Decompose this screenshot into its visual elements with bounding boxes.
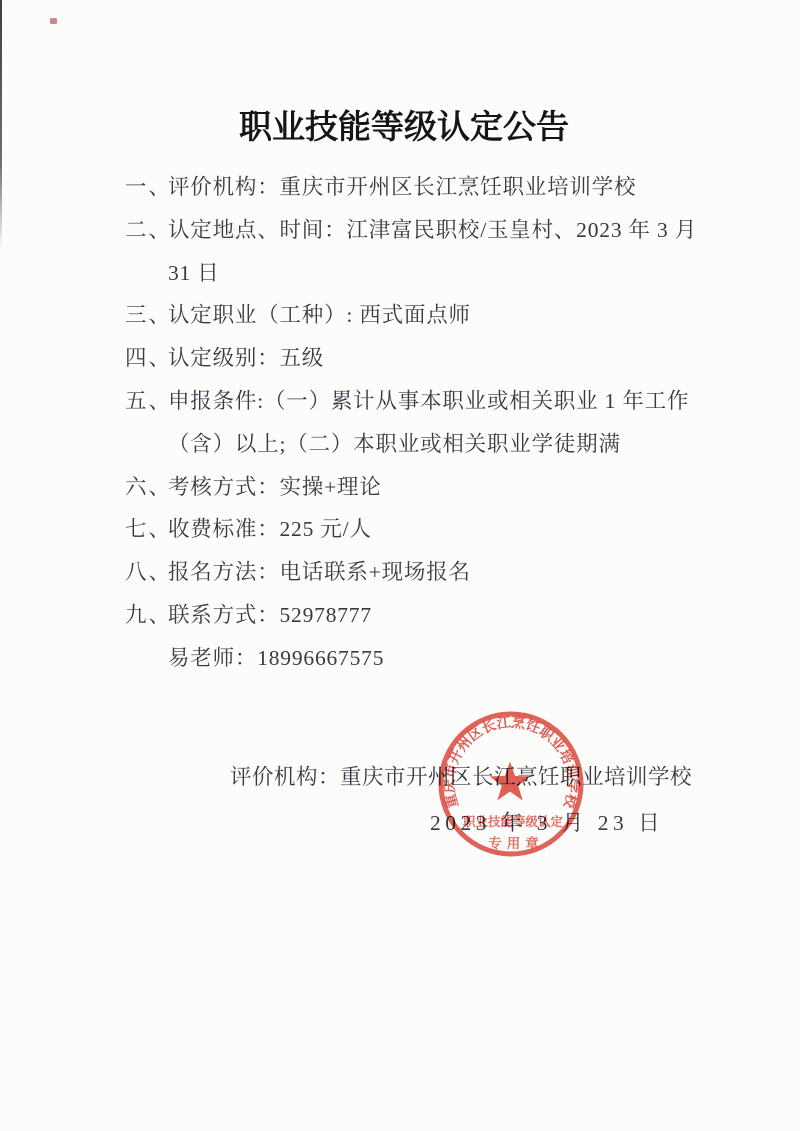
page-title: 职业技能等级认定公告 xyxy=(0,108,800,148)
list-item: 二、认定地点、时间：江津富民职校/玉皇村、2023 年 3 月 xyxy=(125,209,725,252)
item-text: 认定职业（工种）: 西式面点师 xyxy=(168,294,471,337)
item-number: 五、 xyxy=(125,380,168,423)
seal-star-icon xyxy=(490,762,531,801)
item-number: 六、 xyxy=(125,466,168,509)
item-number xyxy=(125,423,168,466)
list-item-continuation: （含）以上;（二）本职业或相关职业学徒期满 xyxy=(125,423,725,466)
list-item: 一、评价机构：重庆市开州区长江烹饪职业培训学校 xyxy=(125,166,725,209)
list-item: 八、报名方法：电话联系+现场报名 xyxy=(125,551,725,594)
seal-inner-text-line1: 职业技能等级认定 xyxy=(463,814,564,829)
item-text: 认定级别：五级 xyxy=(168,337,324,380)
list-item: 三、认定职业（工种）: 西式面点师 xyxy=(125,294,725,337)
list-item: 六、考核方式：实操+理论 xyxy=(125,466,725,509)
item-number: 一、 xyxy=(125,166,168,209)
item-text: 评价机构：重庆市开州区长江烹饪职业培训学校 xyxy=(168,166,636,209)
item-text: 收费标准：225 元/人 xyxy=(168,508,372,551)
announcement-list: 一、评价机构：重庆市开州区长江烹饪职业培训学校 二、认定地点、时间：江津富民职校… xyxy=(125,166,725,680)
item-number: 三、 xyxy=(125,294,168,337)
item-text: 31 日 xyxy=(168,252,220,295)
list-item: 七、收费标准：225 元/人 xyxy=(125,508,725,551)
item-number: 七、 xyxy=(125,508,168,551)
item-text: 易老师：18996667575 xyxy=(168,637,384,680)
item-number: 九、 xyxy=(125,594,168,637)
item-number: 二、 xyxy=(125,209,168,252)
item-text: 认定地点、时间：江津富民职校/玉皇村、2023 年 3 月 xyxy=(168,209,697,252)
item-text: （含）以上;（二）本职业或相关职业学徒期满 xyxy=(168,423,621,466)
scanned-announcement-page: 职业技能等级认定公告 一、评价机构：重庆市开州区长江烹饪职业培训学校 二、认定地… xyxy=(0,0,800,1131)
official-seal-stamp: 重庆市开州区长江烹饪职业培训学校 职业技能等级认定 专用章 xyxy=(436,709,586,859)
list-item: 四、认定级别：五级 xyxy=(125,337,725,380)
item-number: 四、 xyxy=(125,337,168,380)
item-text: 考核方式：实操+理论 xyxy=(168,466,382,509)
item-number: 八、 xyxy=(125,551,168,594)
list-item: 九、联系方式：52978777 xyxy=(125,594,725,637)
item-text: 报名方法：电话联系+现场报名 xyxy=(168,551,471,594)
list-item-continuation: 易老师：18996667575 xyxy=(125,637,725,680)
item-text: 申报条件:（一）累计从事本职业或相关职业 1 年工作 xyxy=(168,380,689,423)
list-item-continuation: 31 日 xyxy=(125,252,725,295)
list-item: 五、申报条件:（一）累计从事本职业或相关职业 1 年工作 xyxy=(125,380,725,423)
ink-speck xyxy=(50,18,57,24)
seal-arc-text: 重庆市开州区长江烹饪职业培训学校 xyxy=(441,714,581,811)
item-text: 联系方式：52978777 xyxy=(168,594,372,637)
item-number xyxy=(125,252,168,295)
seal-inner-text-line2: 专用章 xyxy=(488,835,544,851)
item-number xyxy=(125,637,168,680)
